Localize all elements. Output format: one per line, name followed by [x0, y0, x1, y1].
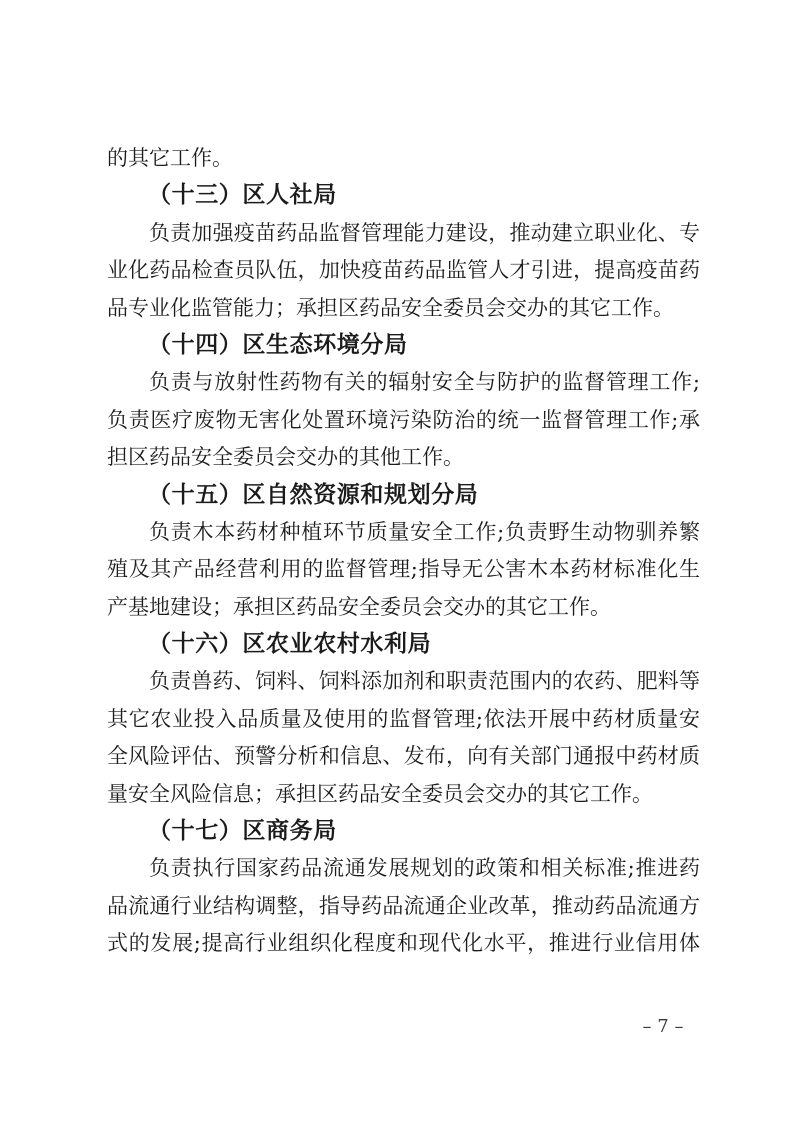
section-heading: （十七）区商务局	[107, 813, 700, 850]
section-heading: （十三）区人社局	[107, 177, 700, 214]
paragraph-text-line: 品专业化监管能力；承担区药品安全委员会交办的其它工作。	[107, 290, 700, 327]
paragraph-text-line: 负责与放射性药物有关的辐射安全与防护的监督管理工作;	[107, 364, 700, 401]
paragraph-text-line: 其它农业投入品质量及使用的监督管理;依法开展中药材质量安	[107, 701, 700, 738]
paragraph-text-line: 殖及其产品经营利用的监督管理;指导无公害木本药材标准化生	[107, 551, 700, 588]
paragraph-text-line: 负责兽药、饲料、饲料添加剂和职责范围内的农药、肥料等	[107, 663, 700, 700]
paragraph-text-line: 量安全风险信息；承担区药品安全委员会交办的其它工作。	[107, 776, 700, 813]
paragraph-text-line: 负责执行国家药品流通发展规划的政策和相关标准;推进药	[107, 850, 700, 887]
section-heading: （十五）区自然资源和规划分局	[107, 477, 700, 514]
section-heading: （十四）区生态环境分局	[107, 327, 700, 364]
section-heading: （十六）区农业农村水利局	[107, 626, 700, 663]
paragraph-text-line: 产基地建设；承担区药品安全委员会交办的其它工作。	[107, 589, 700, 626]
paragraph-text-line: 负责加强疫苗药品监督管理能力建设，推动建立职业化、专	[107, 215, 700, 252]
paragraph-text-line: 全风险评估、预警分析和信息、发布，向有关部门通报中药材质	[107, 738, 700, 775]
paragraph-text-line: 业化药品检查员队伍，加快疫苗药品监管人才引进，提高疫苗药	[107, 252, 700, 289]
document-page: 的其它工作。（十三）区人社局负责加强疫苗药品监督管理能力建设，推动建立职业化、专…	[0, 0, 793, 1122]
page-number: – 7 –	[613, 1016, 713, 1038]
document-body: 的其它工作。（十三）区人社局负责加强疫苗药品监督管理能力建设，推动建立职业化、专…	[107, 140, 700, 963]
paragraph-text-line: 担区药品安全委员会交办的其他工作。	[107, 439, 700, 476]
paragraph-text-line: 品流通行业结构调整，指导药品流通企业改革，推动药品流通方	[107, 888, 700, 925]
paragraph-text-line: 负责医疗废物无害化处置环境污染防治的统一监督管理工作;承	[107, 402, 700, 439]
paragraph-text-line: 式的发展;提高行业组织化程度和现代化水平，推进行业信用体	[107, 925, 700, 962]
continuation-text-line: 的其它工作。	[107, 140, 700, 177]
paragraph-text-line: 负责木本药材种植环节质量安全工作;负责野生动物驯养繁	[107, 514, 700, 551]
